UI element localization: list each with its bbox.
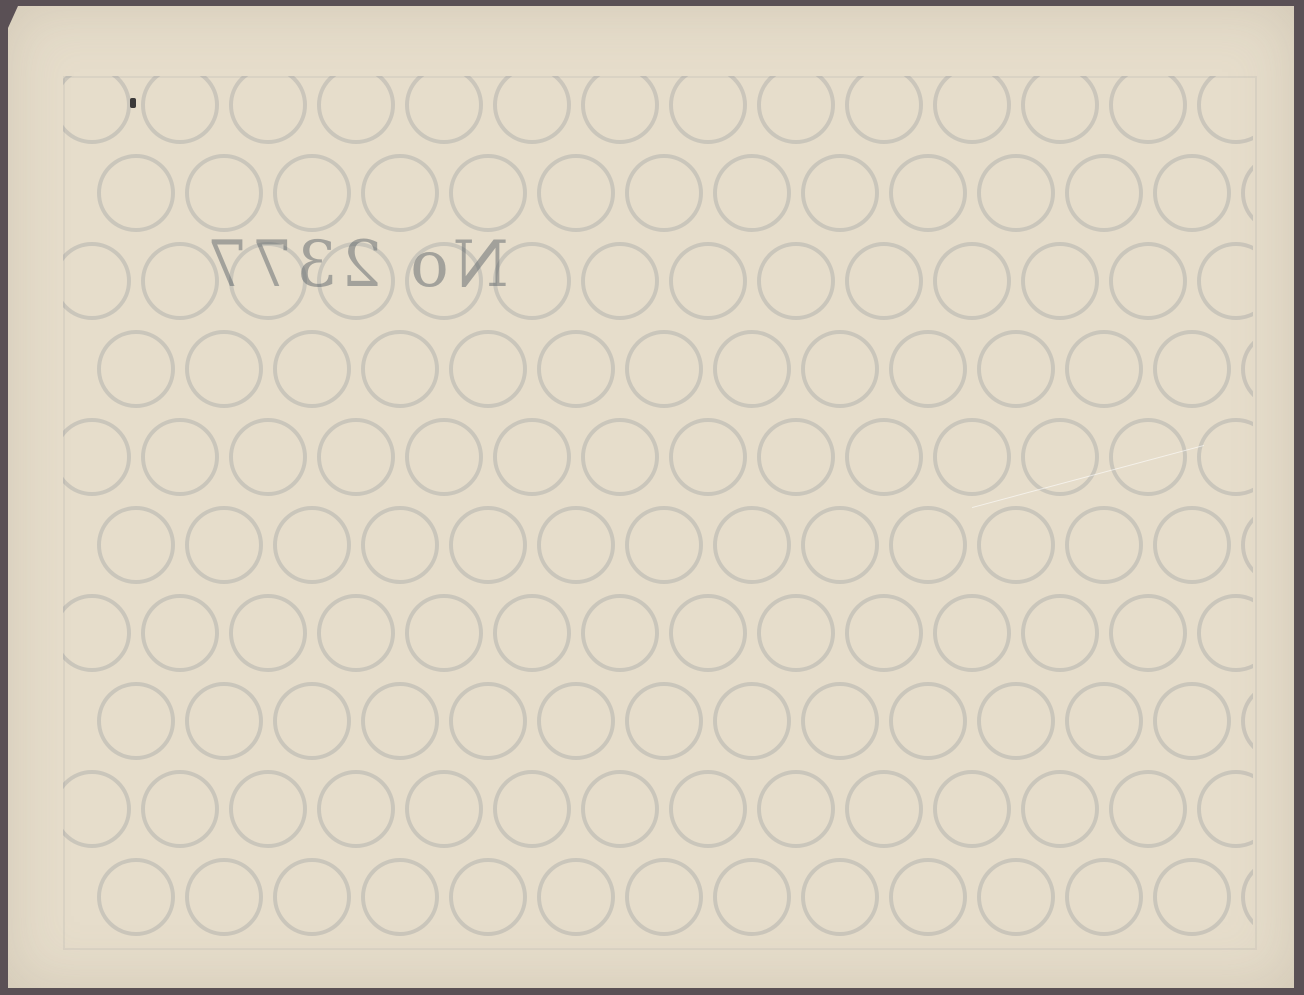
rosette-ring	[141, 76, 219, 144]
rosette-ring	[713, 154, 791, 232]
rosette-ring	[581, 770, 659, 848]
rosette-ring	[801, 154, 879, 232]
rosette-ring	[1021, 594, 1099, 672]
rosette-ring	[581, 418, 659, 496]
rosette-ring	[713, 858, 791, 936]
rosette-ring	[669, 418, 747, 496]
rosette-ring	[97, 330, 175, 408]
rosette-ring	[141, 594, 219, 672]
rosette-ring	[889, 858, 967, 936]
rosette-ring	[1153, 506, 1231, 584]
rosette-ring	[97, 506, 175, 584]
rosette-ring	[1153, 154, 1231, 232]
rosette-ring	[977, 330, 1055, 408]
rosette-ring	[185, 154, 263, 232]
rosette-ring	[405, 418, 483, 496]
rosette-ring	[63, 242, 131, 320]
rosette-ring	[669, 242, 747, 320]
rosette-ring	[757, 770, 835, 848]
rosette-ring	[141, 418, 219, 496]
rosette-ring	[185, 330, 263, 408]
rosette-ring	[1065, 154, 1143, 232]
rosette-ring	[1109, 76, 1187, 144]
rosette-ring	[449, 154, 527, 232]
rosette-ring	[273, 858, 351, 936]
rosette-ring	[1021, 242, 1099, 320]
rosette-ring	[757, 242, 835, 320]
rosette-ring	[625, 858, 703, 936]
rosette-ring	[845, 242, 923, 320]
rosette-ring	[493, 418, 571, 496]
rosette-ring	[229, 418, 307, 496]
rosette-ring	[1109, 594, 1187, 672]
rosette-ring	[669, 770, 747, 848]
rosette-ring	[97, 682, 175, 760]
rosette-ring	[63, 770, 131, 848]
rosette-ring	[493, 594, 571, 672]
rosette-ring	[317, 76, 395, 144]
rosette-ring	[977, 858, 1055, 936]
rosette-ring	[1065, 506, 1143, 584]
rosette-ring	[449, 858, 527, 936]
rosette-ring	[757, 418, 835, 496]
rosette-ring	[933, 76, 1011, 144]
rosette-ring	[317, 594, 395, 672]
rosette-ring	[625, 506, 703, 584]
rosette-ring	[757, 594, 835, 672]
rosette-ring	[493, 770, 571, 848]
rosette-ring	[801, 330, 879, 408]
rosette-ring	[977, 506, 1055, 584]
rosette-ring	[801, 682, 879, 760]
rosette-ring	[581, 76, 659, 144]
rosette-ring	[405, 594, 483, 672]
rosette-ring	[405, 770, 483, 848]
rosette-ring	[229, 770, 307, 848]
rosette-ring	[625, 330, 703, 408]
rosette-ring	[1197, 418, 1253, 496]
rosette-ring	[449, 330, 527, 408]
rosette-ring	[669, 594, 747, 672]
rosette-ring	[1153, 330, 1231, 408]
rosette-ring	[229, 76, 307, 144]
rosette-ring	[449, 506, 527, 584]
rosette-ring	[537, 682, 615, 760]
rosette-ring	[845, 418, 923, 496]
rosette-ring	[713, 682, 791, 760]
rosette-ring	[1065, 858, 1143, 936]
rosette-ring	[1109, 242, 1187, 320]
rosette-ring	[933, 242, 1011, 320]
rosette-ring	[801, 506, 879, 584]
rosette-ring	[63, 594, 131, 672]
rosette-ring	[845, 76, 923, 144]
rosette-ring	[581, 594, 659, 672]
rosette-ring	[757, 76, 835, 144]
rosette-ring	[889, 682, 967, 760]
rosette-ring	[889, 506, 967, 584]
rosette-ring	[1065, 330, 1143, 408]
rosette-ring	[1197, 242, 1253, 320]
rosette-ring	[317, 418, 395, 496]
rosette-ring	[537, 506, 615, 584]
rosette-ring	[185, 858, 263, 936]
rosette-ring	[1197, 594, 1253, 672]
rosette-ring	[273, 682, 351, 760]
rosette-ring	[933, 594, 1011, 672]
rosette-ring	[1065, 682, 1143, 760]
rosette-ring	[273, 330, 351, 408]
rosette-ring	[625, 682, 703, 760]
rosette-ring	[185, 682, 263, 760]
rosette-ring	[361, 330, 439, 408]
rosette-ring	[1197, 76, 1253, 144]
rosette-ring	[141, 770, 219, 848]
rosette-ring	[845, 594, 923, 672]
rosette-ring	[1153, 682, 1231, 760]
rosette-ring	[933, 770, 1011, 848]
rosette-ring	[361, 154, 439, 232]
rosette-ring	[889, 330, 967, 408]
rosette-ring	[449, 682, 527, 760]
rosette-ring	[493, 76, 571, 144]
rosette-ring	[1241, 858, 1253, 936]
rosette-ring	[625, 154, 703, 232]
rosette-ring	[273, 506, 351, 584]
rosette-ring	[97, 154, 175, 232]
rosette-ring	[361, 506, 439, 584]
rosette-ring	[801, 858, 879, 936]
rosette-ring	[581, 242, 659, 320]
rosette-ring	[1153, 858, 1231, 936]
rosette-ring	[63, 418, 131, 496]
rosette-ring	[1241, 330, 1253, 408]
serial-number-showthrough: No 2377	[203, 228, 509, 302]
rosette-pattern-showthrough	[63, 76, 1253, 946]
rosette-ring	[1021, 770, 1099, 848]
rosette-ring	[713, 506, 791, 584]
rosette-ring	[1109, 770, 1187, 848]
rosette-ring	[405, 76, 483, 144]
rosette-ring	[1241, 682, 1253, 760]
rosette-ring	[1241, 154, 1253, 232]
rosette-ring	[669, 76, 747, 144]
ink-spot	[130, 98, 136, 108]
rosette-ring	[889, 154, 967, 232]
rosette-ring	[977, 682, 1055, 760]
rosette-ring	[933, 418, 1011, 496]
rosette-ring	[1109, 418, 1187, 496]
rosette-ring	[63, 76, 131, 144]
rosette-ring	[537, 330, 615, 408]
rosette-ring	[185, 506, 263, 584]
rosette-ring	[229, 594, 307, 672]
rosette-ring	[317, 770, 395, 848]
rosette-ring	[977, 154, 1055, 232]
rosette-ring	[713, 330, 791, 408]
rosette-ring	[1197, 770, 1253, 848]
rosette-ring	[1241, 506, 1253, 584]
rosette-ring	[361, 682, 439, 760]
rosette-ring	[361, 858, 439, 936]
rosette-ring	[845, 770, 923, 848]
rosette-ring	[97, 858, 175, 936]
rosette-ring	[537, 154, 615, 232]
paper-sheet: No 2377	[8, 6, 1294, 988]
rosette-ring	[1021, 76, 1099, 144]
rosette-ring	[537, 858, 615, 936]
rosette-ring	[273, 154, 351, 232]
